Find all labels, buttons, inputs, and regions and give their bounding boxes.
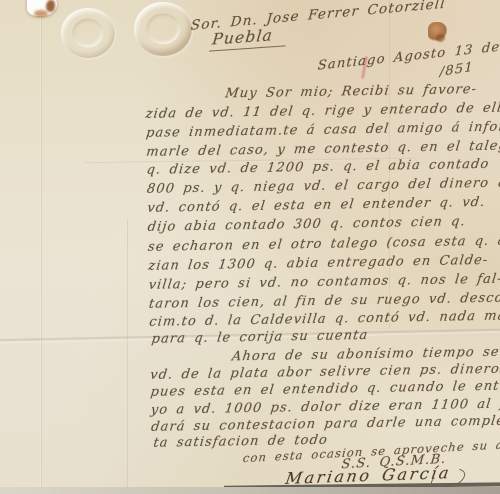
letter-scan: Sor. Dn. Jose Ferrer Cotorziell Puebla S… — [0, 0, 500, 494]
paper-bottom-edge — [0, 487, 500, 494]
body-line: pase inmediatam.te á casa del amigo á in… — [145, 119, 500, 140]
body-line: taron los cien, al fin de su ruego vd. d… — [148, 290, 500, 312]
dateline-year: /851 — [440, 60, 474, 80]
body-line: q. dize vd. de 1200 ps. q. el abia conta… — [146, 157, 491, 178]
body-line: zida de vd. 11 del q. rige y enterado de… — [145, 100, 500, 121]
body-line: para q. le corija su cuenta — [151, 328, 370, 347]
body-line: Ahora de su abonísimo tiempo se informe — [231, 343, 500, 364]
body-line: se echaron en el otro talego (cosa esta … — [147, 233, 500, 254]
body-line: vd. contó q. el esta en el entender q. v… — [146, 195, 486, 216]
body-line: villa; pero si vd. no contamos q. nos le… — [148, 272, 500, 293]
body-line: dijo abia contado 300 q. contos cien q. — [147, 214, 467, 235]
body-line: 800 ps. y q. niega vd. el cargo del dine… — [146, 175, 500, 196]
body-line: zian los 1300 q. abia entregado en Calde… — [147, 253, 489, 274]
body-line: Muy Sor mio; Recibi su favore- — [224, 82, 478, 101]
handwriting-layer: Sor. Dn. Jose Ferrer Cotorziell Puebla S… — [0, 0, 500, 494]
addressee-city: Puebla — [209, 25, 288, 51]
body-line: cim.to d. la Caldevilla q. contó vd. nad… — [148, 308, 500, 329]
